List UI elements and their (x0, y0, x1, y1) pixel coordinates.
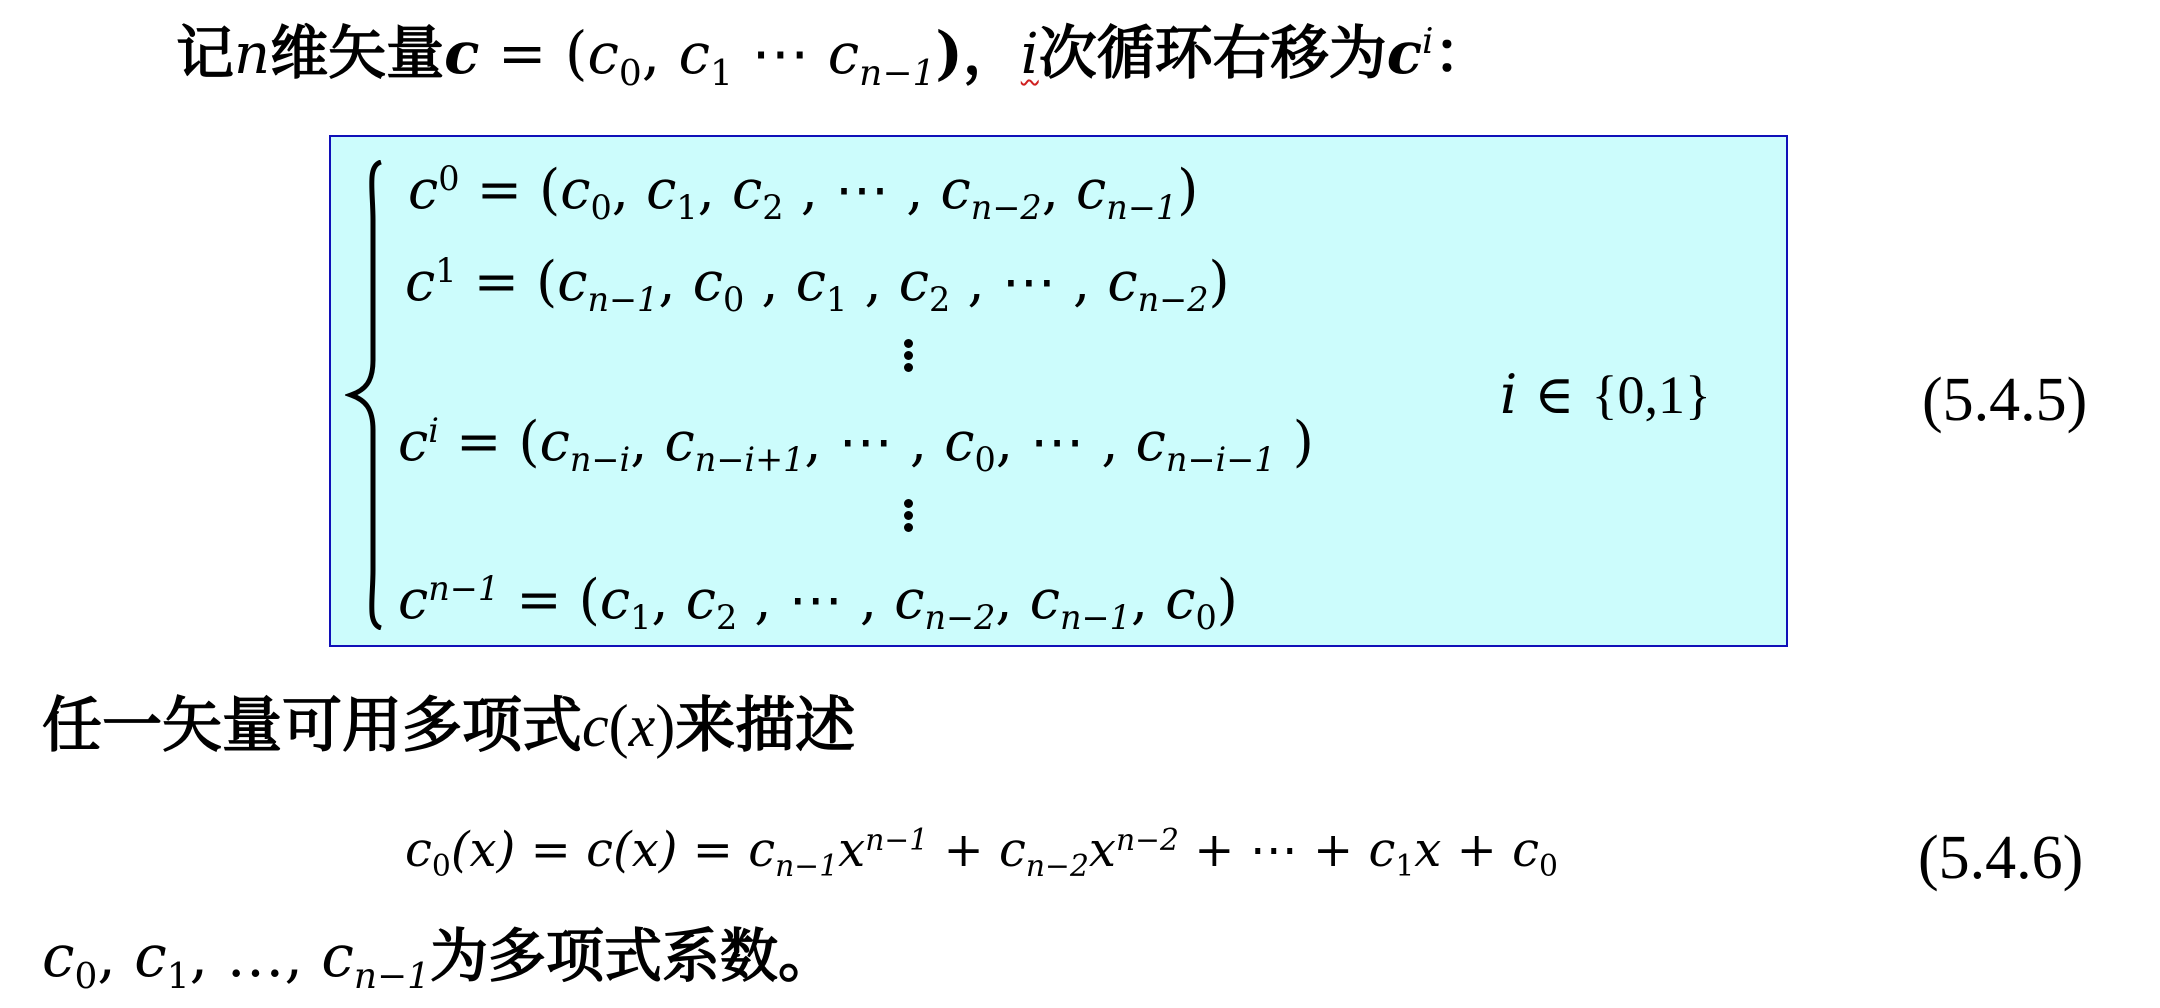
row-c0: c0 = (c0, c1, c2 , ⋯ , cn−2, cn−1) (408, 160, 1198, 220)
equals: = ( (457, 250, 558, 313)
term: c (600, 568, 630, 631)
term-sub: n−2 (1138, 280, 1209, 319)
equation-number-545: (5.4.5) (1922, 360, 2087, 440)
equals-open: = ( (479, 19, 587, 87)
index-condition: i ∈ {0,1} (1500, 360, 1711, 430)
row-ci: ci = (cn−i, cn−i+1, ⋯ , c0, ⋯ , cn−i−1 ) (398, 412, 1314, 472)
term: c (894, 568, 924, 631)
term: c (560, 158, 590, 221)
term: c (1136, 410, 1166, 473)
sub-1: 1 (167, 956, 190, 997)
equals: = ( (460, 158, 561, 221)
lhs: c (408, 158, 438, 221)
equals: = (515, 822, 586, 878)
term-sub: n−1 (587, 280, 658, 319)
row-cn1: cn−1 = (c1, c2 , ⋯ , cn−2, cn−1, c0) (398, 570, 1238, 630)
intro-prefix: 记 (176, 19, 234, 87)
close-paren: ) (1217, 568, 1238, 631)
term-sub: 0 (723, 280, 744, 319)
sub-0: 0 (619, 53, 642, 94)
var-i: i (1021, 22, 1039, 87)
plus: + (928, 822, 999, 878)
term-sub: n−i−1 (1166, 440, 1276, 479)
coef-c1: c (679, 22, 710, 87)
shift-text: 次循环右移为 (1039, 19, 1387, 87)
equals: = (678, 822, 749, 878)
term-sub: 2 (762, 188, 783, 227)
coef-c1: c (134, 922, 166, 990)
term: c (646, 158, 676, 221)
equals: = ( (499, 568, 600, 631)
sub-1: 1 (710, 53, 733, 94)
term: c (540, 410, 570, 473)
term: c (1076, 158, 1106, 221)
term: c (1030, 568, 1060, 631)
term-c: c (1512, 822, 1539, 878)
sep: , (284, 922, 321, 990)
lhs: c (405, 250, 435, 313)
coef-c0: c (42, 922, 74, 990)
paren-close: ) (655, 693, 675, 759)
term: c (941, 158, 971, 221)
term-sub: n−1 (775, 849, 838, 884)
term-sub: n−1 (1106, 188, 1177, 227)
coef-cn1: c (321, 922, 353, 990)
cdots: ⋯ (789, 568, 843, 631)
paren-open: ( (609, 693, 629, 759)
intro-middle: 维矢量 (270, 19, 444, 87)
term-sub: n−i+1 (695, 440, 805, 479)
plus-dots: + ⋯ + (1179, 822, 1368, 878)
coef-c0: c (588, 22, 619, 87)
cdots: ⋯ (1002, 250, 1056, 313)
term-sub: n−2 (1026, 849, 1089, 884)
close-paren: )， (935, 19, 1020, 87)
lhs-sub: 0 (432, 849, 451, 884)
term-sub: n−2 (925, 598, 996, 637)
sup-i: i (1422, 21, 1434, 62)
term-sub: 0 (1196, 598, 1217, 637)
sub-n-1: n−1 (859, 53, 935, 94)
var-i: i (1500, 363, 1517, 426)
close-paren: ) (1209, 250, 1230, 313)
term: c (557, 250, 587, 313)
func-c: c (582, 693, 609, 759)
cdots: ⋯ (733, 19, 828, 87)
close-paren: ) (1177, 158, 1198, 221)
lhs-sup: n−1 (428, 569, 499, 608)
cdots: ⋯ (1030, 410, 1084, 473)
term-sub: n−1 (1060, 598, 1131, 637)
equation-number-546: (5.4.6) (1918, 818, 2083, 898)
index-set: {0,1} (1592, 365, 1711, 425)
lhs: c (398, 410, 428, 473)
coef-cn1: c (828, 22, 859, 87)
term-sub: 0 (1539, 849, 1558, 884)
var-n: n (234, 22, 270, 87)
coefficients-text: 为多项式系数。 (430, 922, 836, 990)
lhs: c (398, 568, 428, 631)
describe-text: 任一矢量可用多项式 (42, 691, 582, 761)
vector-c: c (444, 19, 479, 87)
term-x: x (838, 822, 865, 878)
sub-n-1: n−1 (354, 956, 430, 997)
comma: , (642, 19, 679, 87)
equals: = ( (439, 410, 540, 473)
term-x: x (1089, 822, 1116, 878)
lhs-sup: i (428, 411, 439, 450)
term: c (1165, 568, 1195, 631)
term-sub: 0 (590, 188, 611, 227)
term-sup: n−2 (1116, 823, 1179, 858)
intro-line: 记n维矢量c = (c0, c1 ⋯ cn−1)，i次循环右移为ci： (176, 18, 1492, 90)
var-x: x (629, 693, 656, 759)
coefficients-line: c0, c1, …, cn−1为多项式系数。 (42, 920, 836, 992)
vertical-dots-2 (898, 496, 918, 535)
lhs-c: c (405, 822, 432, 878)
term: c (732, 158, 762, 221)
term: c (899, 250, 929, 313)
term-sub: 1 (826, 280, 847, 319)
term: c (1107, 250, 1137, 313)
term-c: c (999, 822, 1026, 878)
term: c (944, 410, 974, 473)
term-sub: 0 (975, 440, 996, 479)
arg: (x) (451, 822, 516, 878)
sub-0: 0 (74, 956, 97, 997)
sep: , (97, 922, 134, 990)
term-sub: 1 (630, 598, 651, 637)
term: c (796, 250, 826, 313)
term-c: c (1368, 822, 1395, 878)
term: c (693, 250, 723, 313)
lhs-sup: 0 (438, 159, 459, 198)
left-brace-icon (345, 160, 385, 630)
describe-line: 任一矢量可用多项式c(x)来描述 (42, 690, 855, 762)
term-sub: 1 (676, 188, 697, 227)
element-of: ∈ (1517, 363, 1591, 426)
c-of-x: c(x) (586, 822, 677, 878)
row-c1: c1 = (cn−1, c0 , c1 , c2 , ⋯ , cn−2) (405, 252, 1230, 312)
close-paren: ) (1276, 410, 1314, 473)
vector-ci: c (1387, 19, 1422, 87)
polynomial-equation: c0(x) = c(x) = cn−1xn−1 + cn−2xn−2 + ⋯ +… (405, 815, 1558, 885)
term-x: x (1414, 822, 1441, 878)
plus: + (1441, 822, 1512, 878)
colon: ： (1434, 19, 1492, 87)
sep: , (190, 922, 227, 990)
term-sup: n−1 (865, 823, 928, 858)
term-sub: 2 (716, 598, 737, 637)
term-sub: 2 (929, 280, 950, 319)
cdots: ⋯ (835, 158, 889, 221)
term: c (686, 568, 716, 631)
term-sub: n−2 (971, 188, 1042, 227)
cdots: ⋯ (839, 410, 893, 473)
term-c: c (748, 822, 775, 878)
vertical-dots-1 (898, 336, 918, 375)
describe-text-end: 来描述 (675, 691, 855, 761)
term: c (665, 410, 695, 473)
ellipsis: … (226, 922, 284, 990)
term-sub: n−i (570, 440, 630, 479)
lhs-sup: 1 (435, 251, 456, 290)
term-sub: 1 (1395, 849, 1414, 884)
